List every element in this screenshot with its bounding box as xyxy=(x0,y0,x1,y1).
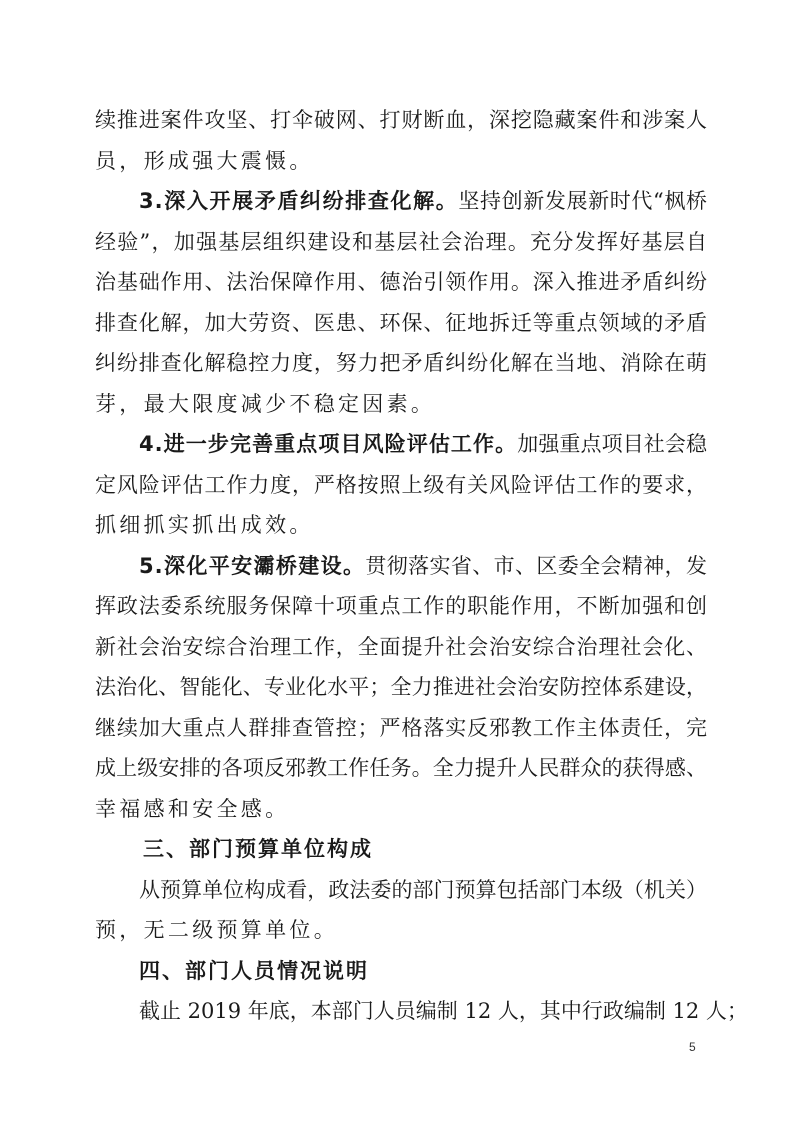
section-5-title: 5.深化平安灞桥建设。 xyxy=(139,554,365,578)
document-body: 续推进案件攻坚、打伞破网、打财断血，深挖隐藏案件和涉案人 员，形成强大震慑。 3… xyxy=(95,100,707,1032)
section-4-title: 4.进一步完善重点项目风险评估工作。 xyxy=(139,432,517,456)
paragraph-line: 经验”，加强基层组织建设和基层社会治理。充分发挥好基层自 xyxy=(95,222,707,263)
page-number: 5 xyxy=(689,1040,696,1054)
document-page: 续推进案件攻坚、打伞破网、打财断血，深挖隐藏案件和涉案人 员，形成强大震慑。 3… xyxy=(0,0,793,1122)
paragraph-line: 续推进案件攻坚、打伞破网、打财断血，深挖隐藏案件和涉案人 xyxy=(95,100,707,141)
paragraph-line: 治基础作用、法治保障作用、德治引领作用。深入推进矛盾纠纷 xyxy=(95,262,707,303)
paragraph-line: 定风险评估工作力度，严格按照上级有关风险评估工作的要求， xyxy=(95,465,707,506)
paragraph-line: 芽，最大限度减少不稳定因素。 xyxy=(95,384,707,425)
section-3-first-line: 3.深入开展矛盾纠纷排查化解。坚持创新发展新时代“枫桥 xyxy=(95,181,707,222)
paragraph-line: 抓细抓实抓出成效。 xyxy=(95,505,707,546)
paragraph-line: 新社会治安综合治理工作，全面提升社会治安综合治理社会化、 xyxy=(95,627,707,668)
paragraph-line: 从预算单位构成看，政法委的部门预算包括部门本级（机关） xyxy=(95,870,707,911)
section-4-first-line: 4.进一步完善重点项目风险评估工作。加强重点项目社会稳 xyxy=(95,424,707,465)
paragraph-line: 继续加大重点人群排查管控；严格落实反邪教工作主体责任，完 xyxy=(95,708,707,749)
paragraph-text: 坚持创新发展新时代“枫桥 xyxy=(458,189,707,213)
paragraph-text: 加强重点项目社会稳 xyxy=(517,432,707,456)
paragraph-line: 法治化、智能化、专业化水平；全力推进社会治安防控体系建设， xyxy=(95,667,707,708)
heading-staff-info: 四、部门人员情况说明 xyxy=(95,951,707,992)
section-3-title: 3.深入开展矛盾纠纷排查化解。 xyxy=(139,189,458,213)
heading-budget-units: 三、部门预算单位构成 xyxy=(95,829,707,870)
paragraph-line: 幸福感和安全感。 xyxy=(95,789,707,830)
paragraph-line: 挥政法委系统服务保障十项重点工作的职能作用，不断加强和创 xyxy=(95,586,707,627)
paragraph-line: 纠纷排查化解稳控力度，努力把矛盾纠纷化解在当地、消除在萌 xyxy=(95,343,707,384)
paragraph-text: 贯彻落实省、市、区委全会精神，发 xyxy=(365,554,707,578)
paragraph-line: 截止 2019 年底，本部门人员编制 12 人，其中行政编制 12 人； xyxy=(95,991,707,1032)
paragraph-line: 成上级安排的各项反邪教工作任务。全力提升人民群众的获得感、 xyxy=(95,748,707,789)
paragraph-line: 员，形成强大震慑。 xyxy=(95,141,707,182)
section-5-first-line: 5.深化平安灞桥建设。贯彻落实省、市、区委全会精神，发 xyxy=(95,546,707,587)
paragraph-line: 排查化解，加大劳资、医患、环保、征地拆迁等重点领域的矛盾 xyxy=(95,303,707,344)
paragraph-line: 预，无二级预算单位。 xyxy=(95,910,707,951)
